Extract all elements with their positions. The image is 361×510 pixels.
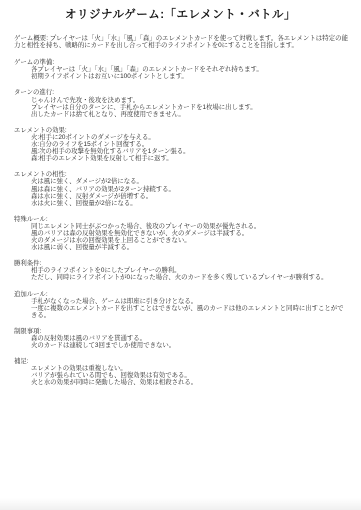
section-item: 一度に複数のエレメントカードを出すことはできないが、風のカードは他のエレメントと…: [31, 305, 348, 319]
section-item: 火:相手に20ポイントのダメージを与える。: [31, 134, 348, 141]
rule-section: 追加ルール: 手札がなくなった場合、ゲームは即座に引き分けとなる。一度に複数のエ…: [14, 291, 348, 319]
section-item: 森:相手のエレメント効果を反射して相手に返す。: [31, 155, 348, 162]
section-item: プレイヤーは自分のターンに、手札からエレメントカードを1枚場に出します。: [31, 104, 348, 111]
section-item: 手札がなくなった場合、ゲームは即座に引き分けとなる。: [31, 298, 348, 305]
rule-section: 補足: エレメントの効果は重複しない。バリアが張られている間でも、回復効果は有効…: [14, 358, 348, 386]
rule-section: 制限事項: 森の反射効果は風のバリアを貫通する。火のカードは連続して3回までしか…: [14, 328, 348, 349]
section-item-list: 森の反射効果は風のバリアを貫通する。火のカードは連続して3回までしか使用できない…: [31, 335, 348, 349]
section-item: 火は風に強く、ダメージが2倍になる。: [31, 178, 348, 185]
section-item: 火と水の効果が同時に発動した場合、効果は相殺される。: [31, 379, 348, 386]
section-item-list: 各プレイヤーは「火」「水」「風」「森」のエレメントカードをそれぞれ持ちます。初期…: [31, 66, 348, 80]
section-item: じゃんけんで先攻・後攻を決めます。: [31, 97, 348, 104]
section-item-list: じゃんけんで先攻・後攻を決めます。プレイヤーは自分のターンに、手札からエレメント…: [31, 97, 348, 118]
section-item-list: エレメントの効果は重複しない。バリアが張られている間でも、回復効果は有効である。…: [31, 365, 348, 386]
rule-sections-container: ゲームの準備: 各プレイヤーは「火」「水」「風」「森」のエレメントカードをそれぞ…: [0, 59, 361, 386]
rule-section: エレメントの効果: 火:相手に20ポイントのダメージを与える。水:自分のライフを…: [14, 127, 348, 162]
document-page: オリジナルゲーム:「エレメント・バトル」 ゲーム概要: プレイヤーは「火」「水」…: [0, 0, 361, 510]
section-item: 水は火に強く、回復量が2倍になる。: [31, 200, 348, 207]
page-title: オリジナルゲーム:「エレメント・バトル」: [0, 0, 361, 22]
section-heading: 特殊ルール:: [14, 216, 348, 223]
rule-section: エレメントの相性: 火は風に強く、ダメージが2倍になる。風は森に強く、バリアの効…: [14, 171, 348, 206]
section-heading: ターンの進行:: [14, 89, 348, 96]
section-item: 水は風に弱く、回復量が半減する。: [31, 244, 348, 251]
section-item: 初期ライフポイントはお互いに100ポイントとします。: [31, 73, 348, 80]
section-heading: 制限事項:: [14, 328, 348, 335]
section-item: 風は森に強く、バリアの効果が2ターン持続する。: [31, 186, 348, 193]
section-item: ただし、同時にライフポイントが0になった場合、火のカードを多く残しているプレイヤ…: [31, 274, 348, 281]
game-overview-paragraph: ゲーム概要: プレイヤーは「火」「水」「風」「森」のエレメントカードを使って対戦…: [14, 35, 348, 49]
section-item: 風のバリアは森の反射効果を無効化できないが、火のダメージは半減する。: [31, 230, 348, 237]
section-item: 同じエレメント同士がぶつかった場合、後攻のプレイヤーの効果が優先される。: [31, 223, 348, 230]
section-item-list: 火:相手に20ポイントのダメージを与える。水:自分のライフを15ポイント回復する…: [31, 134, 348, 162]
section-heading: エレメントの効果:: [14, 127, 348, 134]
section-item-list: 火は風に強く、ダメージが2倍になる。風は森に強く、バリアの効果が2ターン持続する…: [31, 178, 348, 206]
rule-section: ゲームの準備: 各プレイヤーは「火」「水」「風」「森」のエレメントカードをそれぞ…: [14, 59, 348, 80]
section-item: 火のカードは連続して3回までしか使用できない。: [31, 342, 348, 349]
rule-section: ターンの進行: じゃんけんで先攻・後攻を決めます。プレイヤーは自分のターンに、手…: [14, 89, 348, 117]
section-item-list: 手札がなくなった場合、ゲームは即座に引き分けとなる。一度に複数のエレメントカード…: [31, 298, 348, 319]
section-item: 出したカードは捨て札となり、再度使用できません。: [31, 111, 348, 118]
section-item-list: 相手のライフポイントを0にしたプレイヤーの勝利。ただし、同時にライフポイントが0…: [31, 267, 348, 281]
rule-section: 特殊ルール: 同じエレメント同士がぶつかった場合、後攻のプレイヤーの効果が優先さ…: [14, 216, 348, 251]
section-heading: 追加ルール:: [14, 291, 348, 298]
section-item-list: 同じエレメント同士がぶつかった場合、後攻のプレイヤーの効果が優先される。風のバリ…: [31, 223, 348, 251]
rule-section: 勝利条件: 相手のライフポイントを0にしたプレイヤーの勝利。ただし、同時にライフ…: [14, 260, 348, 281]
section-item: 森は水に強く、反射ダメージが倍増する。: [31, 193, 348, 200]
